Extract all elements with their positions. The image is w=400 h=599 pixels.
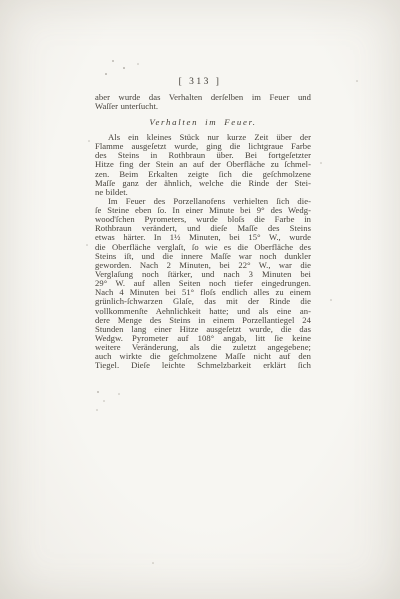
scan-speck xyxy=(356,80,358,82)
text-line: Flamme ausgeſetzt wurde, ging die lichtg… xyxy=(95,142,311,151)
text-line: etwas härter. In 1½ Minuten, bei 15° W.,… xyxy=(95,233,311,242)
scan-speck xyxy=(118,393,120,395)
paragraph-porcelain-kiln: Im Feuer des Porzellanofens verhielten ſ… xyxy=(95,197,311,371)
scan-speck xyxy=(103,400,105,402)
section-heading: Verhalten im Feuer. xyxy=(95,118,311,127)
text-line: dere Menge des Steins in einem Porzellan… xyxy=(95,316,311,325)
text-line: weitere Veränderung, als die zuletzt ang… xyxy=(95,343,311,352)
paragraph-continuation: aber wurde das Verhalten derſelben im Fe… xyxy=(95,93,311,111)
text-line: Tiegel. Dieſe leichte Schmelzbarkeit erk… xyxy=(95,361,311,370)
scan-speck xyxy=(330,299,332,301)
text-line: des Steins in Rothbraun über. Bei fortge… xyxy=(95,151,311,160)
book-page: [ 313 ] aber wurde das Verhalten derſelb… xyxy=(0,0,400,599)
text-line: Stunden lang einer Hitze ausgeſetzt wurd… xyxy=(95,325,311,334)
text-line: Waſſer unterſucht. xyxy=(95,102,311,111)
page-number: [ 313 ] xyxy=(0,77,400,87)
text-line: zen. Beim Erkalten zeigte ſich die geſch… xyxy=(95,170,311,179)
paragraph-fire-flame: Als ein kleines Stück nur kurze Zeit übe… xyxy=(95,133,311,197)
scan-speck xyxy=(320,162,322,164)
text-line: Nach 4 Minuten bei 51° floſs endlich all… xyxy=(95,288,311,297)
text-line: Steins iſt, und die innere Maſſe war noc… xyxy=(95,252,311,261)
scan-speck xyxy=(152,562,154,564)
text-line: vollkommenſte Aehnlichkeit hatte; und al… xyxy=(95,307,311,316)
text-line: Rothbraun verändert, und dieſe Maſſe des… xyxy=(95,224,311,233)
text-line: geworden. Nach 2 Minuten, bei 22° W., wa… xyxy=(95,261,311,270)
scan-speck xyxy=(88,140,90,142)
text-line: Maſſe ganz der ähnlich, welche die Rinde… xyxy=(95,179,311,188)
text-line: wood'ſchen Pyrometers, wurde bloſs die F… xyxy=(95,215,311,224)
text-line: Im Feuer des Porzellanofens verhielten ſ… xyxy=(95,197,311,206)
text-line: ne bildet. xyxy=(95,188,311,197)
scan-speck xyxy=(123,67,125,69)
scan-speck xyxy=(97,391,99,393)
text-line: Wedgw. Pyrometer auf 108° angab, litt ſi… xyxy=(95,334,311,343)
text-line: Als ein kleines Stück nur kurze Zeit übe… xyxy=(95,133,311,142)
text-line: grünlich-ſchwarzen Glaſe, das mit der Ri… xyxy=(95,297,311,306)
text-line: 29° W. auf allen Seiten noch tiefer eing… xyxy=(95,279,311,288)
scan-speck xyxy=(86,244,88,246)
scan-speck xyxy=(112,60,114,62)
scan-speck xyxy=(137,63,139,65)
text-line: auch wirkte die geſchmolzene Maſſe nicht… xyxy=(95,352,311,361)
text-line: ſe Steine eben ſo. In einer Minute bei 9… xyxy=(95,206,311,215)
text-block: aber wurde das Verhalten derſelben im Fe… xyxy=(95,93,311,371)
text-line: Verglaſung noch ſtärker, und nach 3 Minu… xyxy=(95,270,311,279)
scan-speck xyxy=(96,409,98,411)
text-line: die Oberfläche verglaſt, ſo wie es die O… xyxy=(95,243,311,252)
text-line: Hitze fing der Stein an auf der Oberfläc… xyxy=(95,160,311,169)
text-line: aber wurde das Verhalten derſelben im Fe… xyxy=(95,93,311,102)
scan-speck xyxy=(105,73,107,75)
